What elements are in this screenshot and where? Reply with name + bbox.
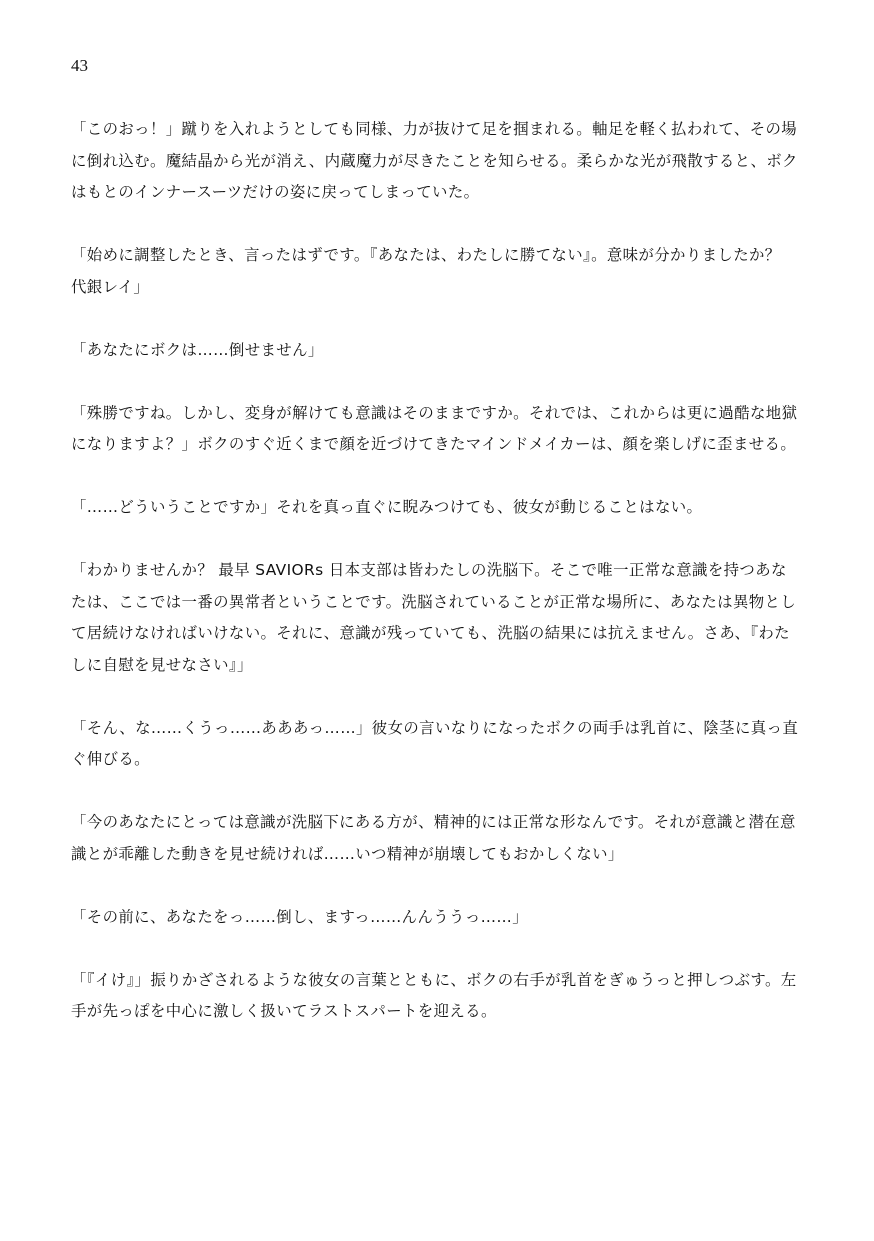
paragraph-2: 「始めに調整したとき、言ったはずです。『あなたは、わたしに勝てない』。意味が分か… <box>71 240 801 303</box>
paragraph-8: 「今のあなたにとっては意識が洗脳下にある方が、精神的には正常な形なんです。それが… <box>71 807 801 870</box>
paragraph-1: 「このおっ！」蹴りを入れようとしても同様、力が抜けて足を掴まれる。軸足を軽く払わ… <box>71 114 801 209</box>
paragraph-7: 「そん、な……くうっ……あああっ……」彼女の言いなりになったボクの両手は乳首に、… <box>71 713 801 776</box>
paragraph-5: 「……どういうことですか」それを真っ直ぐに睨みつけても、彼女が動じることはない。 <box>71 492 801 524</box>
body-text: 「このおっ！」蹴りを入れようとしても同様、力が抜けて足を掴まれる。軸足を軽く払わ… <box>71 114 801 1059</box>
paragraph-9: 「その前に、あなたをっ……倒し、ますっ……んんううっ……」 <box>71 902 801 934</box>
paragraph-6: 「わかりませんか？ 最早 SAVIORs 日本支部は皆わたしの洗脳下。そこで唯一… <box>71 555 801 681</box>
paragraph-10: 「『イけ』」振りかざされるような彼女の言葉とともに、ボクの右手が乳首をぎゅうっと… <box>71 965 801 1028</box>
page-number: 43 <box>71 56 88 76</box>
paragraph-4: 「殊勝ですね。しかし、変身が解けても意識はそのままですか。それでは、これからは更… <box>71 398 801 461</box>
paragraph-3: 「あなたにボクは……倒せません」 <box>71 335 801 367</box>
